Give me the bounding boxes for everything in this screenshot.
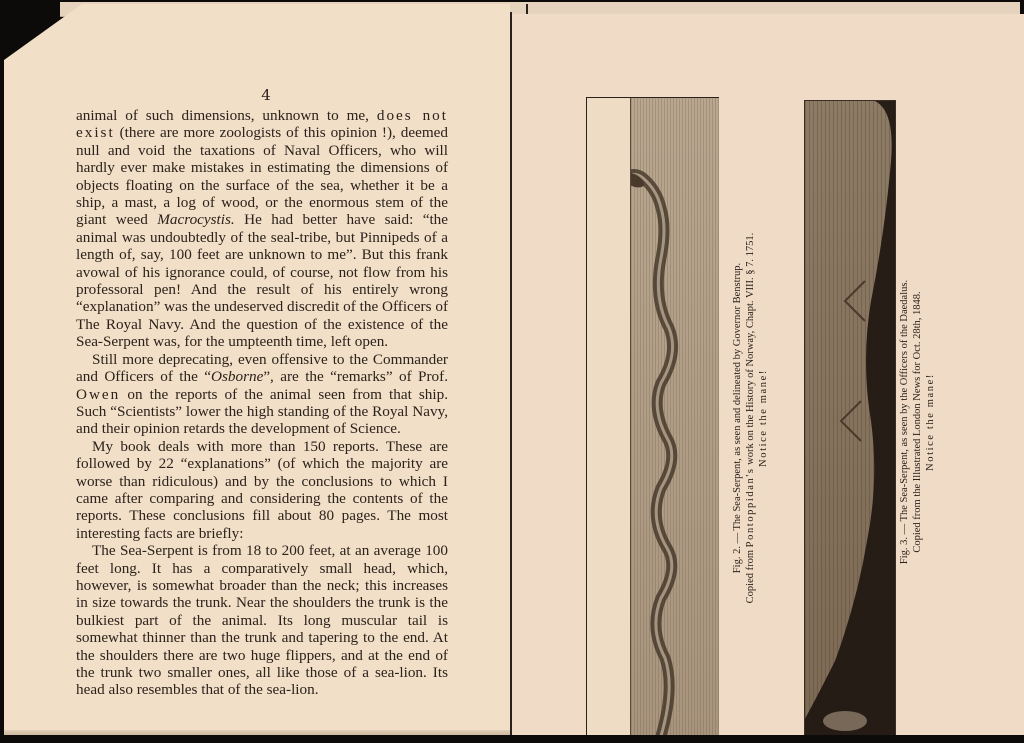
caption-source-suffix: work on the History of Norway, Chapt. VI… — [745, 233, 756, 468]
text-segment: Owen — [76, 386, 120, 403]
text-segment: My book deals with more than 150 reports… — [76, 438, 448, 542]
paragraph: Still more deprecating, even offensive t… — [76, 351, 448, 438]
background-bottom — [0, 735, 1024, 743]
text-segment: animal of such dimensions, unknown to me… — [76, 107, 377, 124]
book-spine-line — [510, 12, 512, 736]
text-segment: The Sea-Serpent is from 18 to 200 feet, … — [76, 542, 448, 698]
figure-2-caption-title: Fig. 2. — The Sea-Serpent, as seen and d… — [731, 228, 744, 608]
paragraph: The Sea-Serpent is from 18 to 200 feet, … — [76, 542, 448, 699]
caption-source-prefix: Copied from — [745, 547, 756, 603]
figure-2-caption-note: Notice the mane! — [757, 228, 770, 608]
text-segment: ”, are the “remarks” of Prof. — [263, 368, 448, 385]
spine-tick-mark — [526, 4, 528, 14]
figure-3-caption-source: Copied from the Illustrated London News … — [911, 252, 924, 592]
figure-3-caption: Fig. 3. — The Sea-Serpent, as seen by th… — [898, 252, 937, 592]
paragraph: animal of such dimensions, unknown to me… — [76, 107, 448, 351]
paragraph: My book deals with more than 150 reports… — [76, 438, 448, 542]
body-text: animal of such dimensions, unknown to me… — [76, 107, 448, 699]
sea-serpent-daedalus-icon — [805, 101, 895, 737]
text-segment: He had better have said: “the animal was… — [76, 211, 448, 350]
figure-2-caption: Fig. 2. — The Sea-Serpent, as seen and d… — [731, 228, 770, 608]
figure-3-caption-note: Notice the mane! — [924, 252, 937, 592]
figure-2-caption-source: Copied from Pontoppidan's work on the Hi… — [744, 228, 757, 608]
sea-serpent-undulating-icon — [631, 98, 719, 736]
text-segment: Osborne — [211, 368, 263, 385]
text-segment: Macrocystis. — [157, 211, 234, 228]
page-number: 4 — [4, 86, 510, 104]
caption-source-author: Pontoppidan's — [745, 467, 756, 547]
figure-2-illustration — [630, 98, 719, 736]
figure-3-caption-title: Fig. 3. — The Sea-Serpent, as seen by th… — [898, 252, 911, 592]
text-segment: on the reports of the animal seen from t… — [76, 386, 448, 438]
figure-3-illustration — [804, 100, 896, 738]
